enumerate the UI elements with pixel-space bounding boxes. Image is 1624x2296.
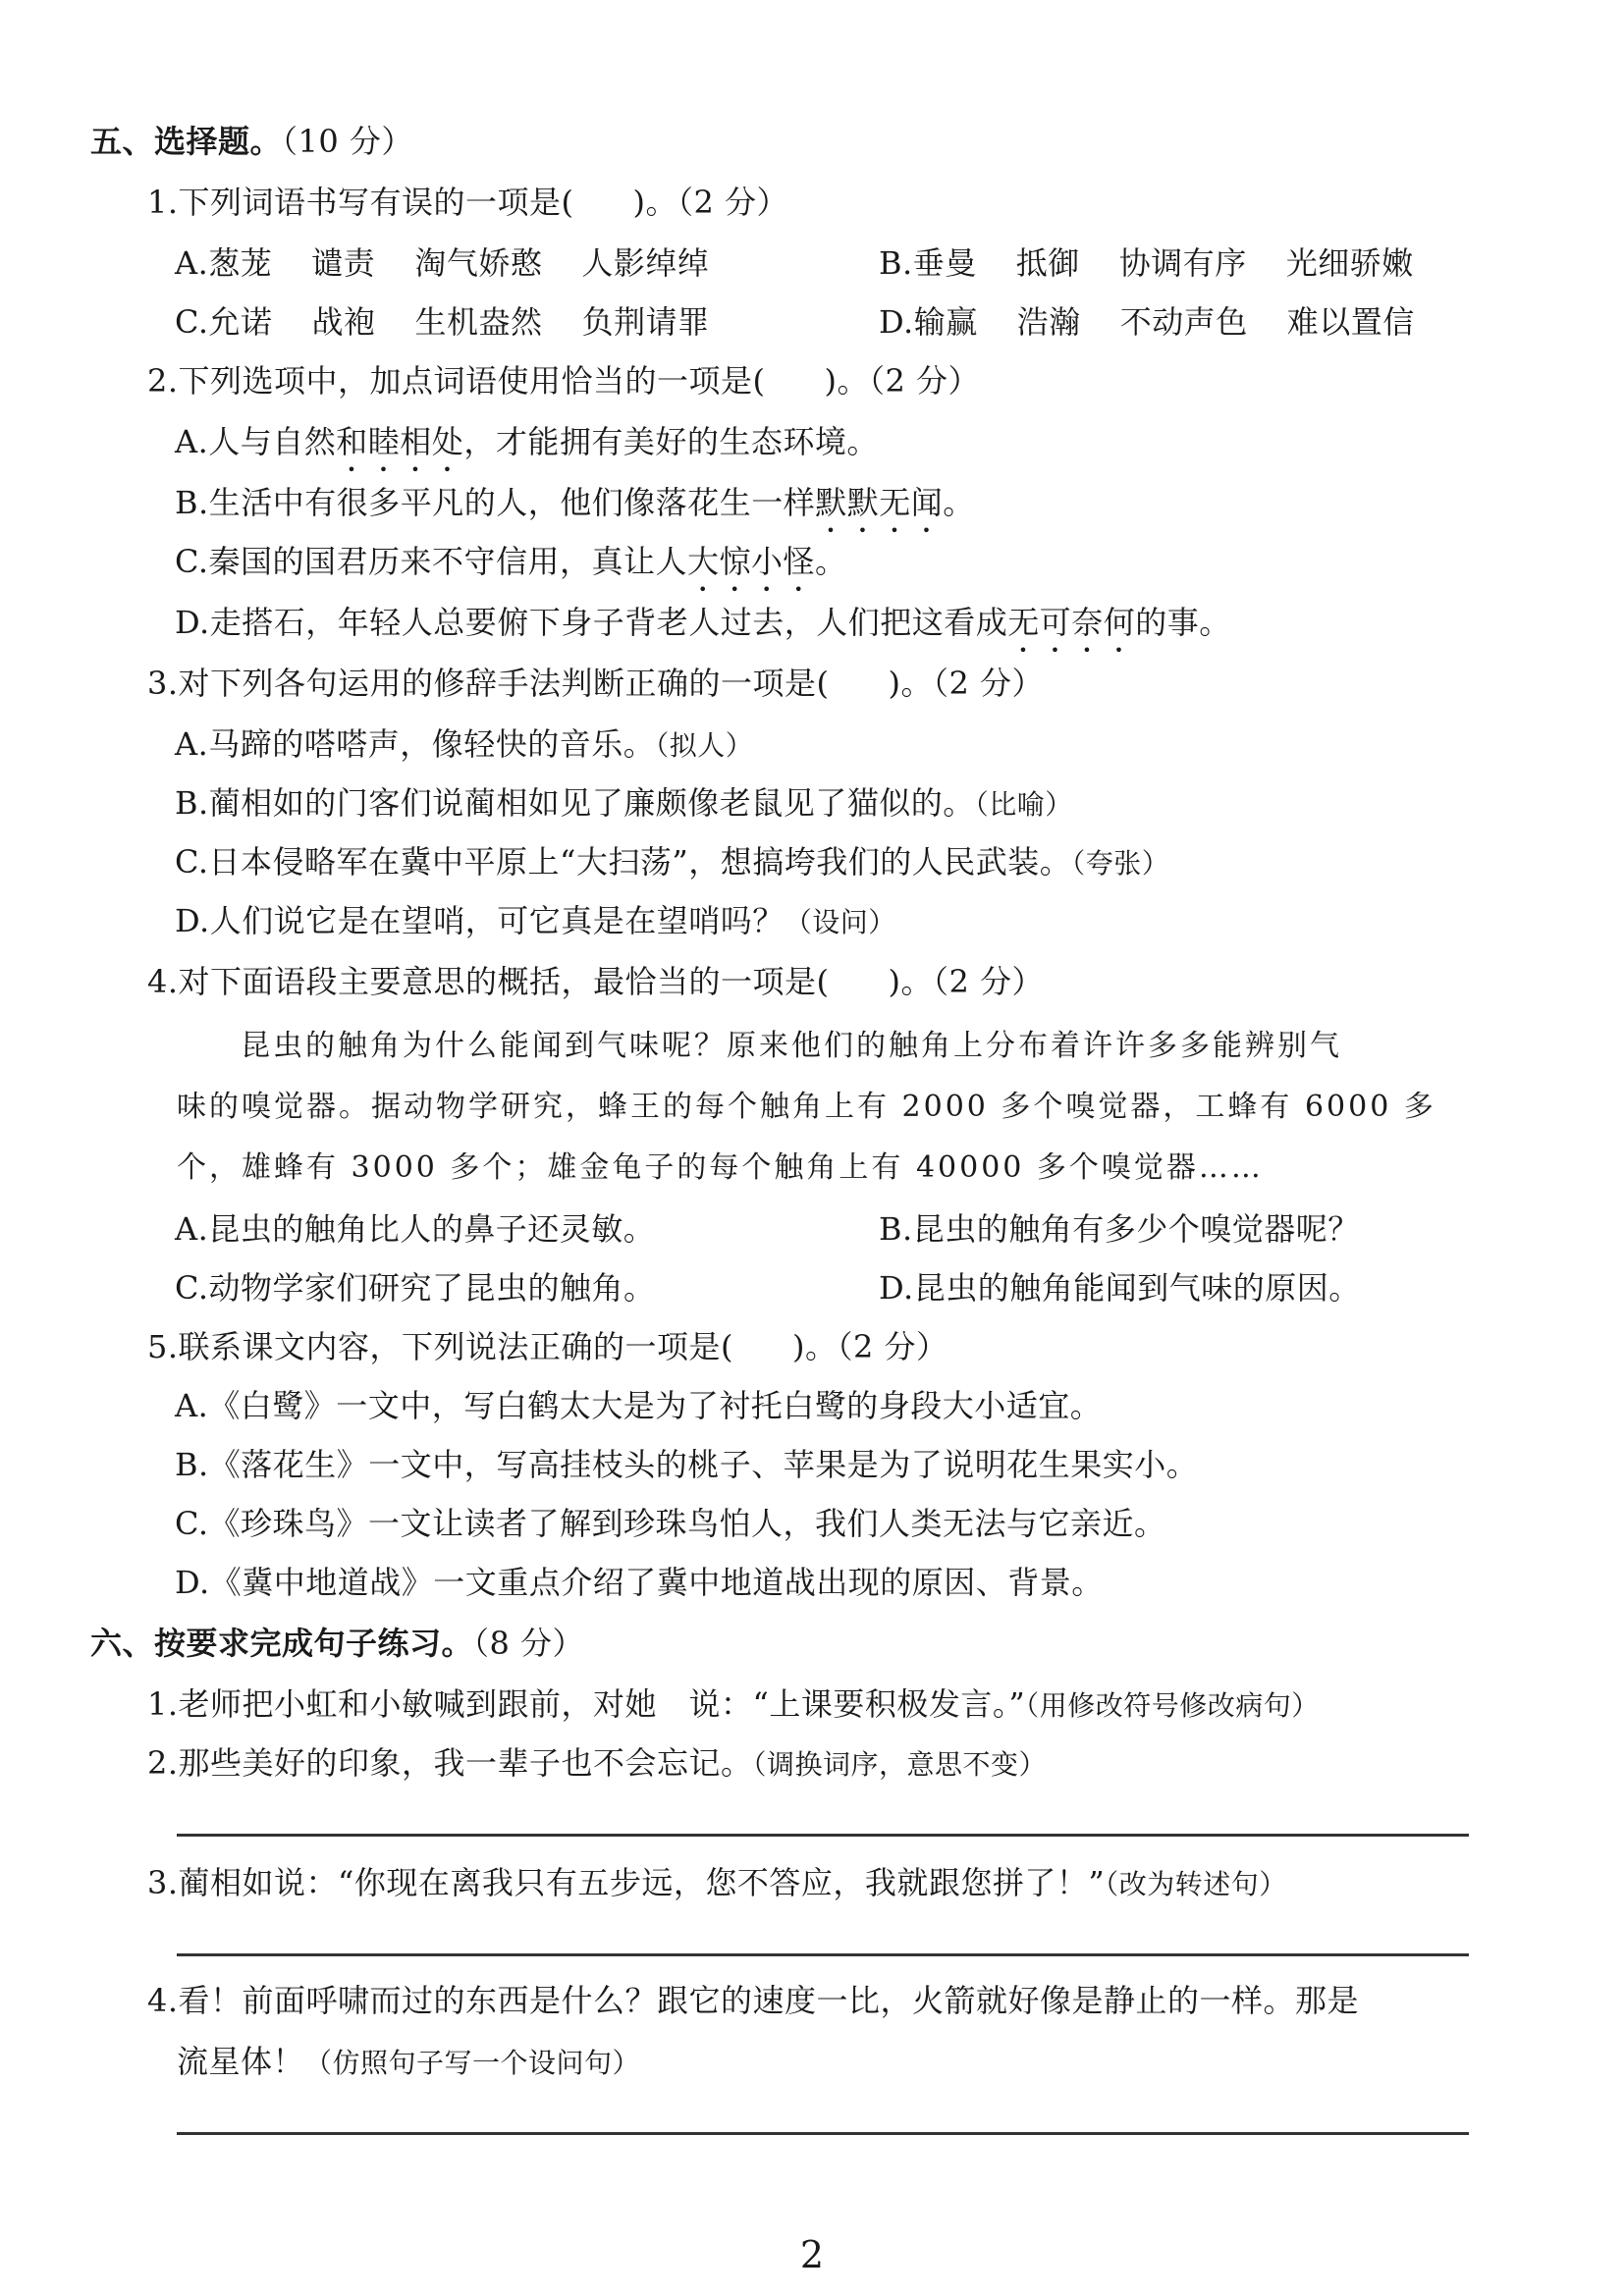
section6-title-text: 六、按要求完成句子练习。 [90, 1625, 473, 1662]
q1-option-a: A.葱茏谴责淘气娇憨人影绰绰 [175, 243, 748, 283]
q3-option-b: B.蔺相如的门客们说蔺相如见了廉颇像老鼠见了猫似的。（比喻） [175, 783, 1073, 825]
q2-a-before: A.人与自然 [175, 423, 336, 460]
q1-c-word2: 战袍 [312, 302, 376, 342]
q1-score: )。（2 分） [633, 184, 789, 221]
q1-stem: 1.下列词语书写有误的一项是()。（2 分） [147, 183, 788, 222]
q5-option-b: B.《落花生》一文中，写高挂枝头的桃子、苹果是为了说明花生果实小。 [175, 1445, 1198, 1484]
q1-b-word3: 协调有序 [1119, 243, 1247, 283]
q5-option-d: D.《冀中地道战》一文重点介绍了冀中地道战出现的原因、背景。 [175, 1563, 1104, 1602]
q1-option-c: C.允诺战袍生机盎然负荆请罪 [175, 302, 749, 342]
q2-a-after: ，才能拥有美好的生态环境。 [463, 423, 879, 460]
q1-a-word1: A.葱茏 [175, 243, 272, 283]
q2-d-before: D.走搭石，年轻人总要俯下身子背老人过去，人们把这看成 [175, 604, 1007, 641]
s6-q4-hint: （仿照句子写一个设问句） [304, 2047, 640, 2079]
q3-option-d: D.人们说它是在望哨，可它真是在望哨吗？（设问） [175, 901, 896, 942]
s6-q4-text2: 流星体！ [177, 2043, 304, 2080]
q2-stem: 2.下列选项中，加点词语使用恰当的一项是()。（2 分） [147, 361, 980, 400]
q3-score: )。（2 分） [889, 665, 1045, 702]
q5-stem: 5.联系课文内容，下列说法正确的一项是()。（2 分） [147, 1327, 948, 1366]
q2-option-a: A.人与自然和睦相处，才能拥有美好的生态环境。 [175, 422, 879, 479]
q3-b-text: B.蔺相如的门客们说蔺相如见了廉颇像老鼠见了猫似的。 [175, 784, 975, 822]
q1-c-word4: 负荆请罪 [582, 302, 710, 342]
q2-score: )。（2 分） [825, 362, 981, 400]
q3-stem: 3.对下列各句运用的修辞手法判断正确的一项是()。（2 分） [147, 664, 1044, 703]
q1-c-word1: C.允诺 [175, 302, 273, 342]
q1-b-word2: 抵御 [1016, 243, 1080, 283]
q3-option-c: C.日本侵略军在冀中平原上“大扫荡”，想搞垮我们的人民武装。（夸张） [175, 842, 1169, 883]
section5-score: （10 分） [282, 123, 413, 160]
section6-score: （8 分） [473, 1625, 584, 1662]
q2-c-dotted-word: 大惊小怪 [687, 543, 815, 580]
q2-option-d: D.走搭石，年轻人总要俯下身子背老人过去，人们把这看成无可奈何的事。 [175, 603, 1231, 660]
q3-b-hint: （比喻） [975, 788, 1073, 821]
q1-d-word4: 难以置信 [1287, 302, 1415, 342]
s6-q3: 3.蔺相如说：“你现在离我只有五步远，您不答应，我就跟您拼了！”（改为转述句） [147, 1863, 1287, 1904]
q3-stem-text: 3.对下列各句运用的修辞手法判断正确的一项是( [147, 665, 830, 702]
s6-q2: 2.那些美好的印象，我一辈子也不会忘记。（调换词序，意思不变） [147, 1743, 1047, 1785]
q1-b-word1: B.垂曼 [879, 243, 977, 283]
q4-stem: 4.对下面语段主要意思的概括，最恰当的一项是()。（2 分） [147, 962, 1044, 1001]
q1-c-word3: 生机盎然 [415, 302, 543, 342]
q3-d-text: D.人们说它是在望哨，可它真是在望哨吗？ [175, 902, 785, 939]
q2-option-b: B.生活中有很多平凡的人，他们像落花生一样默默无闻。 [175, 483, 975, 540]
q1-a-word3: 淘气娇憨 [414, 243, 542, 283]
q1-d-word3: 不动声色 [1120, 302, 1248, 342]
q1-d-word1: D.输赢 [879, 302, 978, 342]
q5-score: )。（2 分） [792, 1328, 948, 1365]
q4-option-a: A.昆虫的触角比人的鼻子还灵敏。 [175, 1209, 655, 1249]
q2-stem-text: 2.下列选项中，加点词语使用恰当的一项是( [147, 362, 766, 400]
s6-q4-line1: 4.看！前面呼啸而过的东西是什么？跟它的速度一比，火箭就好像是静止的一样。那是 [147, 1981, 1359, 2020]
q1-a-word4: 人影绰绰 [581, 243, 709, 283]
q1-b-word4: 光细骄嫩 [1286, 243, 1414, 283]
q2-b-dotted-word: 默默无闻 [815, 484, 943, 521]
s6-q3-answer-line[interactable] [177, 1953, 1469, 1956]
q5-option-c: C.《珍珠鸟》一文让读者了解到珍珠鸟怕人，我们人类无法与它亲近。 [175, 1504, 1166, 1543]
q4-option-c: C.动物学家们研究了昆虫的触角。 [175, 1268, 656, 1308]
q2-d-after: 的事。 [1135, 604, 1231, 641]
q2-b-before: B.生活中有很多平凡的人，他们像落花生一样 [175, 484, 815, 521]
q4-passage-line1: 昆虫的触角为什么能闻到气味呢？原来他们的触角上分布着许许多多能辨别气 [241, 1027, 1342, 1066]
q2-b-after: 。 [943, 484, 975, 521]
q3-c-text: C.日本侵略军在冀中平原上“大扫荡”，想搞垮我们的人民武装。 [175, 843, 1071, 881]
q3-d-hint: （设问） [785, 906, 896, 938]
q1-stem-text: 1.下列词语书写有误的一项是( [147, 184, 574, 221]
q4-passage-line3: 个，雄蜂有 3000 多个；雄金龟子的每个触角上有 40000 多个嗅觉器…… [177, 1148, 1264, 1188]
q3-c-hint: （夸张） [1071, 847, 1169, 880]
section5-title-text: 五、选择题。 [90, 123, 282, 160]
s6-q2-hint: （调换词序，意思不变） [753, 1748, 1048, 1781]
q3-a-hint: （拟人） [655, 729, 753, 762]
s6-q4-answer-line[interactable] [177, 2132, 1469, 2135]
q1-option-b: B.垂曼抵御协调有序光细骄嫩 [879, 243, 1453, 283]
q3-option-a: A.马蹄的嗒嗒声，像轻快的音乐。（拟人） [175, 724, 753, 766]
q1-d-word2: 浩瀚 [1017, 302, 1081, 342]
page-number: 2 [0, 2233, 1624, 2276]
q2-a-dotted-word: 和睦相处 [336, 423, 463, 460]
q2-d-dotted-word: 无可奈何 [1007, 604, 1135, 641]
q5-option-a: A.《白鹭》一文中，写白鹤太大是为了衬托白鹭的身段大小适宜。 [175, 1386, 1102, 1425]
exam-page: 五、选择题。（10 分） 1.下列词语书写有误的一项是()。（2 分） A.葱茏… [0, 0, 1624, 2296]
section6-title: 六、按要求完成句子练习。（8 分） [90, 1624, 584, 1663]
s6-q1-text: 1.老师把小虹和小敏喊到跟前，对她 说：“上课要积极发言。” [147, 1685, 1025, 1723]
s6-q1-hint: （用修改符号修改病句） [1025, 1689, 1320, 1722]
q5-stem-text: 5.联系课文内容，下列说法正确的一项是( [147, 1328, 733, 1365]
s6-q3-hint: （改为转述句） [1105, 1868, 1287, 1900]
section5-title: 五、选择题。（10 分） [90, 122, 413, 161]
q1-option-d: D.输赢浩瀚不动声色难以置信 [879, 302, 1454, 342]
q4-option-d: D.昆虫的触角能闻到气味的原因。 [879, 1268, 1361, 1308]
q4-passage-line2: 味的嗅觉器。据动物学研究，蜂王的每个触角上有 2000 多个嗅觉器，工蜂有 60… [177, 1088, 1436, 1127]
q4-stem-text: 4.对下面语段主要意思的概括，最恰当的一项是( [147, 963, 830, 1000]
q2-c-before: C.秦国的国君历来不守信用，真让人 [175, 543, 687, 580]
s6-q2-text: 2.那些美好的印象，我一辈子也不会忘记。 [147, 1744, 753, 1782]
q2-option-c: C.秦国的国君历来不守信用，真让人大惊小怪。 [175, 542, 847, 599]
q3-a-text: A.马蹄的嗒嗒声，像轻快的音乐。 [175, 725, 655, 763]
s6-q2-answer-line[interactable] [177, 1834, 1469, 1837]
s6-q4-line2: 流星体！（仿照句子写一个设问句） [177, 2042, 640, 2083]
s6-q1: 1.老师把小虹和小敏喊到跟前，对她 说：“上课要积极发言。”（用修改符号修改病句… [147, 1684, 1320, 1726]
q4-score: )。（2 分） [889, 963, 1045, 1000]
q2-c-after: 。 [815, 543, 847, 580]
s6-q3-text: 3.蔺相如说：“你现在离我只有五步远，您不答应，我就跟您拼了！” [147, 1864, 1105, 1901]
q1-a-word2: 谴责 [311, 243, 375, 283]
q4-option-b: B.昆虫的触角有多少个嗅觉器呢？ [879, 1209, 1360, 1249]
